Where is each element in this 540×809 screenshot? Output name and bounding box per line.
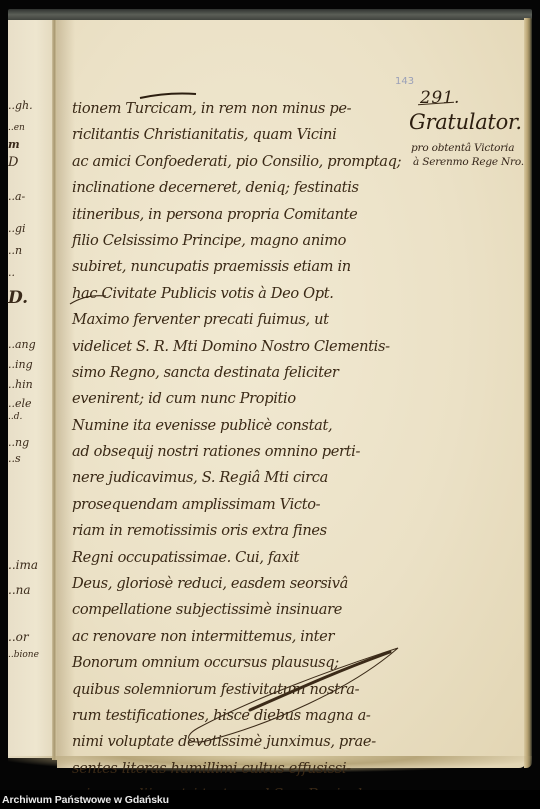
page-number: 291. bbox=[420, 88, 460, 108]
left-fragment: ..ang bbox=[8, 338, 36, 351]
left-fragment: D bbox=[8, 155, 18, 170]
pencil-folio-number: 143 bbox=[395, 76, 414, 87]
manuscript-line: tionem Turcicam, in rem non minus pe- bbox=[72, 96, 402, 122]
marginal-subtitle-line: à Serenmo Rege Nro. bbox=[413, 156, 524, 168]
left-fragment: ..ng bbox=[8, 436, 29, 449]
manuscript-line: filio Celsissimo Principe, magno animo bbox=[72, 228, 402, 254]
manuscript-line: Deus, gloriosè reduci, easdem seorsivâ bbox=[72, 571, 402, 597]
manuscript-line: nere judicavimus, S. Regiâ Mti circa bbox=[72, 465, 402, 491]
manuscript-line: subiret, nuncupatis praemissis etiam in bbox=[72, 254, 402, 280]
manuscript-line: ad obsequij nostri rationes omnino perti… bbox=[72, 439, 402, 465]
marginal-subtitle-line: pro obtentâ Victoria bbox=[411, 142, 514, 154]
manuscript-line: itineribus, in persona propria Comitante bbox=[72, 202, 402, 228]
manuscript-line: inclinatione decerneret, deniq; festinat… bbox=[72, 175, 402, 201]
left-fragment: ..s bbox=[8, 452, 21, 465]
manuscript-line: Regni occupatissimae. Cui, faxit bbox=[72, 545, 402, 571]
archive-name: Archiwum Państwowe w Gdańsku bbox=[2, 794, 169, 806]
closing-flourish bbox=[180, 640, 410, 750]
left-fragment: ..ing bbox=[8, 358, 33, 371]
left-fragment: ..d. bbox=[8, 412, 22, 422]
manuscript-line: videlicet S. R. Mti Domino Nostro Clemen… bbox=[72, 334, 402, 360]
left-fragment: ..ima bbox=[8, 558, 38, 572]
left-fragment: ..ele bbox=[8, 397, 32, 410]
left-fragment: ..gi bbox=[8, 222, 26, 235]
manuscript-line: riam in remotissimis oris extra fines bbox=[72, 518, 402, 544]
left-fragment: m bbox=[8, 138, 20, 151]
manuscript-line: Maximo ferventer precati fuimus, ut bbox=[72, 307, 402, 333]
left-fragment: ..n bbox=[8, 244, 22, 257]
left-fragment: ..bione bbox=[8, 650, 39, 660]
left-fragment: ..a- bbox=[8, 190, 25, 203]
left-fragment: ..na bbox=[8, 583, 31, 597]
manuscript-line: simo Regno, sancta destinata feliciter bbox=[72, 360, 402, 386]
manuscript-line: ac amici Confoederati, pio Consilio, pro… bbox=[72, 149, 402, 175]
manuscript-line: riclitantis Christianitatis, quam Vicini bbox=[72, 122, 402, 148]
scan-frame: ..gh. ..en m D ..a- ..gi ..n .. D. ..ang… bbox=[0, 0, 540, 790]
left-fragment: ..en bbox=[8, 123, 25, 133]
manuscript-line: compellatione subjectissimè insinuare bbox=[72, 597, 402, 623]
manuscript-line: hac Civitate Publicis votis à Deo Opt. bbox=[72, 281, 402, 307]
left-fragment: ..or bbox=[8, 630, 29, 644]
manuscript-line: prosequendam amplissimam Victo- bbox=[72, 492, 402, 518]
page-edge-right bbox=[524, 18, 532, 768]
marginal-heading: Gratulator. bbox=[409, 110, 522, 134]
left-fragment: D. bbox=[8, 288, 28, 308]
manuscript-line: Numine ita evenisse publicè constat, bbox=[72, 413, 402, 439]
left-fragment: .. bbox=[8, 266, 15, 279]
manuscript-line: evenirent; id cum nunc Propitio bbox=[72, 386, 402, 412]
manuscript-line: sentes literas humillimi cultus effusiss… bbox=[72, 756, 402, 782]
left-fragment: ..hin bbox=[8, 378, 33, 391]
left-fragment: ..gh. bbox=[8, 99, 33, 112]
